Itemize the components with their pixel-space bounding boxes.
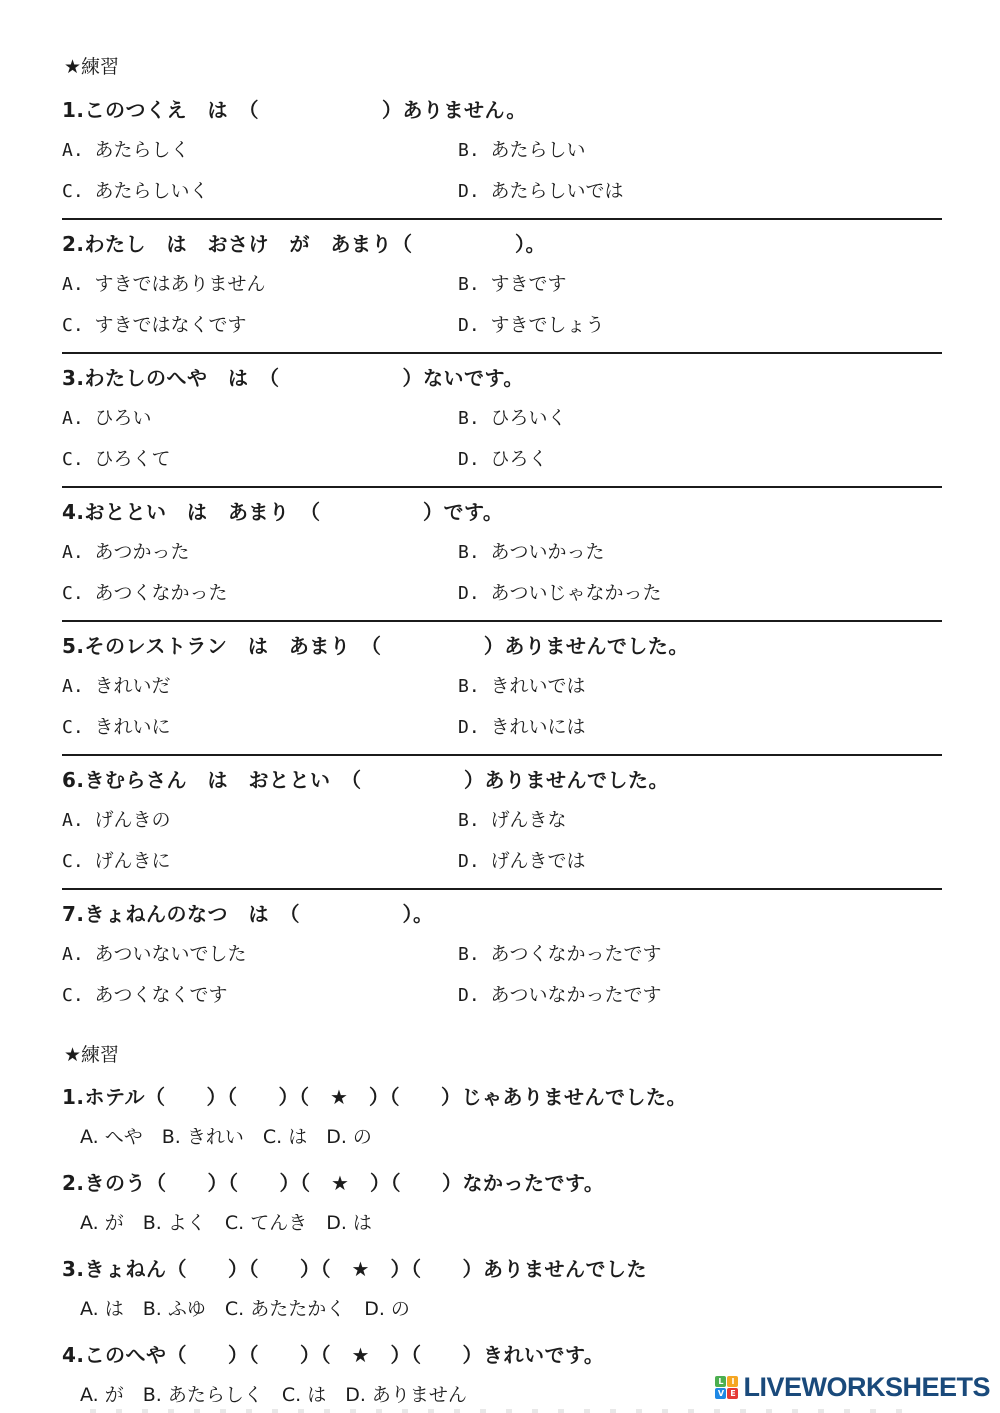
option-b[interactable]: B. すきです: [458, 264, 942, 305]
option-d[interactable]: D. ひろく: [458, 439, 942, 480]
reorder-question-block: 2.きのう（ ）（ ）（ ★ ）（ ）なかったです。A. が B. よく C. …: [62, 1162, 942, 1242]
question-stem: 3.わたしのへや は （ ）ないです。: [62, 358, 942, 398]
option-letter: C.: [62, 851, 95, 872]
option-text: ひろいく: [491, 407, 567, 429]
logo-square-l: L: [715, 1376, 726, 1387]
option-d[interactable]: D. あついじゃなかった: [458, 573, 942, 614]
mc-question-list: 1.このつくえ は （ ）ありません。A. あたらしくB. あたらしいC. あた…: [62, 86, 942, 1022]
option-letter: D.: [458, 315, 491, 336]
option-d[interactable]: D. あたらしいでは: [458, 171, 942, 212]
option-text: ひろくて: [95, 448, 171, 470]
option-letter: B.: [458, 944, 491, 965]
section-2-header: ★練習: [64, 1040, 942, 1070]
option-letter: B.: [458, 274, 491, 295]
option-text: きれいに: [95, 716, 171, 738]
option-text: すきでしょう: [491, 314, 605, 336]
options-grid: A. すきではありませんB. すきですC. すきではなくですD. すきでしょう: [62, 264, 942, 346]
option-text: すきではありません: [95, 273, 266, 295]
option-text: あついじゃなかった: [491, 582, 662, 604]
option-text: きれいだ: [95, 675, 171, 697]
option-letter: D.: [458, 181, 491, 202]
question-block: 2.わたし は おさけ が あまり（ ）。A. すきではありませんB. すきです…: [62, 220, 942, 354]
options-grid: A. きれいだB. きれいではC. きれいにD. きれいには: [62, 666, 942, 748]
options-grid: A. あついないでしたB. あつくなかったですC. あつくなくですD. あついな…: [62, 934, 942, 1016]
logo-square-v: V: [715, 1388, 726, 1399]
option-text: きれいには: [491, 716, 586, 738]
option-letter: B.: [458, 140, 491, 161]
option-a[interactable]: A. きれいだ: [62, 666, 458, 707]
brand-wordmark: LIVEWORKSHEETS: [743, 1372, 990, 1403]
option-d[interactable]: D. きれいには: [458, 707, 942, 748]
option-b[interactable]: B. ひろいく: [458, 398, 942, 439]
option-b[interactable]: B. あたらしい: [458, 130, 942, 171]
option-letter: A.: [62, 408, 95, 429]
option-letter: B.: [458, 676, 491, 697]
option-c[interactable]: C. ひろくて: [62, 439, 458, 480]
option-text: げんきでは: [491, 850, 586, 872]
option-text: あたらしく: [95, 139, 190, 161]
option-letter: C.: [62, 315, 95, 336]
option-text: あたらしい: [491, 139, 586, 161]
choice-bank[interactable]: A. が B. よく C. てんき D. は: [62, 1204, 942, 1242]
question-stem: 6.きむらさん は おととい （ ）ありませんでした。: [62, 760, 942, 800]
option-letter: A.: [62, 810, 95, 831]
option-letter: C.: [62, 181, 95, 202]
reorder-question-list: 1.ホテル（ ）（ ）（ ★ ）（ ）じゃありませんでした。A. へや B. き…: [62, 1076, 942, 1413]
option-letter: C.: [62, 583, 95, 604]
option-a[interactable]: A. あたらしく: [62, 130, 458, 171]
option-text: あつくなかったです: [491, 943, 662, 965]
option-c[interactable]: C. あたらしいく: [62, 171, 458, 212]
option-a[interactable]: A. あつかった: [62, 532, 458, 573]
option-b[interactable]: B. げんきな: [458, 800, 942, 841]
option-text: あついないでした: [95, 943, 247, 965]
question-stem: 2.きのう（ ）（ ）（ ★ ）（ ）なかったです。: [62, 1162, 942, 1204]
choice-bank[interactable]: A. へや B. きれい C. は D. の: [62, 1118, 942, 1156]
option-letter: D.: [458, 851, 491, 872]
worksheet-page: ★練習 1.このつくえ は （ ）ありません。A. あたらしくB. あたらしいC…: [62, 52, 942, 1413]
question-stem: 2.わたし は おさけ が あまり（ ）。: [62, 224, 942, 264]
reorder-question-block: 1.ホテル（ ）（ ）（ ★ ）（ ）じゃありませんでした。A. へや B. き…: [62, 1076, 942, 1156]
option-text: あたらしいでは: [491, 180, 624, 202]
option-letter: B.: [458, 408, 491, 429]
option-text: すきではなくです: [95, 314, 247, 336]
options-grid: A. あたらしくB. あたらしいC. あたらしいくD. あたらしいでは: [62, 130, 942, 212]
option-a[interactable]: A. ひろい: [62, 398, 458, 439]
option-text: あつくなかった: [95, 582, 228, 604]
option-letter: C.: [62, 985, 95, 1006]
option-c[interactable]: C. すきではなくです: [62, 305, 458, 346]
question-block: 4.おととい は あまり （ ）です。A. あつかったB. あついかったC. あ…: [62, 488, 942, 622]
option-text: あついなかったです: [491, 984, 662, 1006]
question-block: 6.きむらさん は おととい （ ）ありませんでした。A. げんきのB. げんき…: [62, 756, 942, 890]
option-c[interactable]: C. げんきに: [62, 841, 458, 882]
options-grid: A. ひろいB. ひろいくC. ひろくてD. ひろく: [62, 398, 942, 480]
options-grid: A. げんきのB. げんきなC. げんきにD. げんきでは: [62, 800, 942, 882]
question-stem: 4.このへや（ ）（ ）（ ★ ）（ ）きれいです。: [62, 1334, 942, 1376]
option-d[interactable]: D. げんきでは: [458, 841, 942, 882]
option-letter: C.: [62, 449, 95, 470]
option-letter: D.: [458, 583, 491, 604]
option-letter: D.: [458, 717, 491, 738]
question-block: 5.そのレストラン は あまり （ ）ありませんでした。A. きれいだB. きれ…: [62, 622, 942, 756]
option-a[interactable]: A. すきではありません: [62, 264, 458, 305]
option-text: げんきに: [95, 850, 171, 872]
option-b[interactable]: B. きれいでは: [458, 666, 942, 707]
option-text: げんきの: [95, 809, 171, 831]
option-text: あつかった: [95, 541, 190, 563]
cutoff-text-fragment: [90, 1409, 910, 1413]
option-letter: A.: [62, 542, 95, 563]
option-text: あつくなくです: [95, 984, 228, 1006]
options-grid: A. あつかったB. あついかったC. あつくなかったD. あついじゃなかった: [62, 532, 942, 614]
question-stem: 5.そのレストラン は あまり （ ）ありませんでした。: [62, 626, 942, 666]
question-block: 7.きょねんのなつ は （ ）。A. あついないでしたB. あつくなかったですC…: [62, 890, 942, 1022]
option-letter: B.: [458, 542, 491, 563]
question-stem: 1.このつくえ は （ ）ありません。: [62, 90, 942, 130]
option-a[interactable]: A. あついないでした: [62, 934, 458, 975]
option-letter: A.: [62, 944, 95, 965]
section-1-header: ★練習: [64, 52, 942, 82]
option-text: ひろい: [95, 407, 152, 429]
option-letter: A.: [62, 676, 95, 697]
option-d[interactable]: D. すきでしょう: [458, 305, 942, 346]
option-d[interactable]: D. あついなかったです: [458, 975, 942, 1016]
option-text: あついかった: [491, 541, 605, 563]
reorder-question-block: 3.きょねん（ ）（ ）（ ★ ）（ ）ありませんでしたA. は B. ふゆ C…: [62, 1248, 942, 1328]
option-text: あたらしいく: [95, 180, 209, 202]
option-text: ひろく: [491, 448, 548, 470]
logo-square-e: E: [727, 1388, 738, 1399]
option-letter: D.: [458, 985, 491, 1006]
question-block: 3.わたしのへや は （ ）ないです。A. ひろいB. ひろいくC. ひろくてD…: [62, 354, 942, 488]
option-text: げんきな: [491, 809, 567, 831]
option-c[interactable]: C. きれいに: [62, 707, 458, 748]
option-letter: B.: [458, 810, 491, 831]
option-letter: A.: [62, 140, 95, 161]
option-a[interactable]: A. げんきの: [62, 800, 458, 841]
option-b[interactable]: B. あついかった: [458, 532, 942, 573]
choice-bank[interactable]: A. は B. ふゆ C. あたたかく D. の: [62, 1290, 942, 1328]
logo-square-i: I: [727, 1376, 738, 1387]
option-letter: D.: [458, 449, 491, 470]
option-b[interactable]: B. あつくなかったです: [458, 934, 942, 975]
liveworksheets-logo[interactable]: LIVE LIVEWORKSHEETS: [715, 1372, 990, 1403]
question-stem: 1.ホテル（ ）（ ）（ ★ ）（ ）じゃありませんでした。: [62, 1076, 942, 1118]
option-c[interactable]: C. あつくなくです: [62, 975, 458, 1016]
question-stem: 4.おととい は あまり （ ）です。: [62, 492, 942, 532]
option-c[interactable]: C. あつくなかった: [62, 573, 458, 614]
option-letter: A.: [62, 274, 95, 295]
option-letter: C.: [62, 717, 95, 738]
liveworksheets-grid-icon: LIVE: [715, 1376, 738, 1399]
option-text: すきです: [491, 273, 567, 295]
question-stem: 7.きょねんのなつ は （ ）。: [62, 894, 942, 934]
question-stem: 3.きょねん（ ）（ ）（ ★ ）（ ）ありませんでした: [62, 1248, 942, 1290]
question-block: 1.このつくえ は （ ）ありません。A. あたらしくB. あたらしいC. あた…: [62, 86, 942, 220]
option-text: きれいでは: [491, 675, 586, 697]
